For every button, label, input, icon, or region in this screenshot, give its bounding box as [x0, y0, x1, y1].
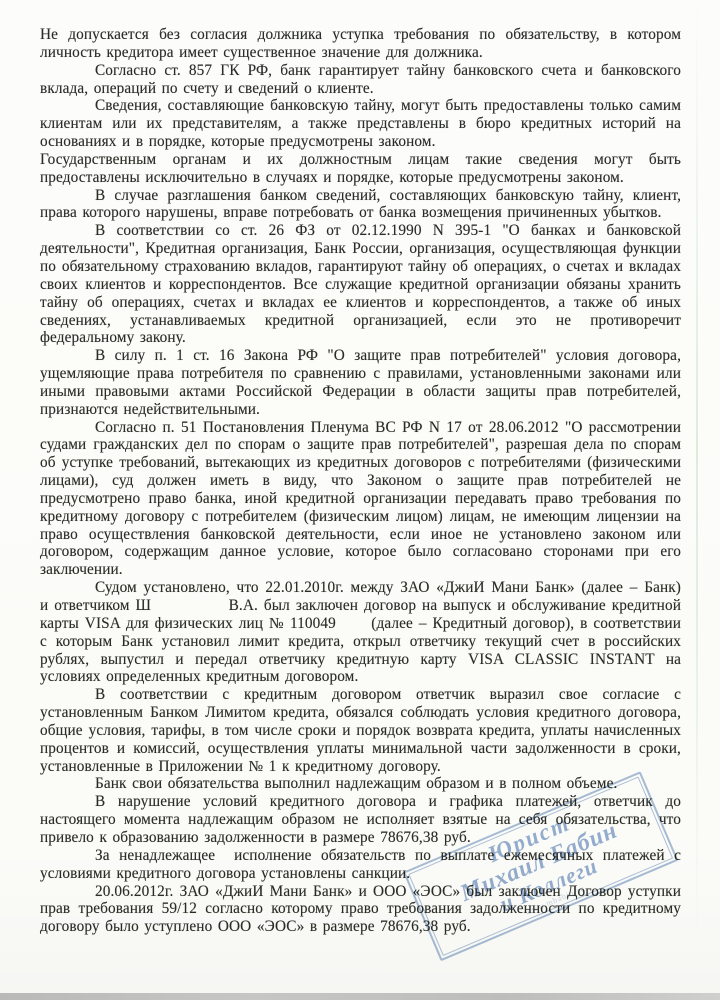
paragraph: В соответствии со ст. 26 ФЗ от 02.12.199…: [40, 222, 681, 347]
paragraph: Не допускается без согласия должника уст…: [40, 26, 681, 62]
scanned-document-page: Не допускается без согласия должника уст…: [0, 0, 720, 1000]
paragraph: В соответствии с кредитным договором отв…: [40, 686, 681, 775]
scan-artifact-bottom-edge: [0, 993, 720, 1000]
paragraph: Банк свои обязательства выполнил надлежа…: [40, 775, 681, 793]
paragraph: Судом установлено, что 22.01.2010г. межд…: [40, 579, 681, 686]
paragraph: В силу п. 1 ст. 16 Закона РФ "О защите п…: [40, 347, 681, 418]
paragraph: Согласно п. 51 Постановления Пленума ВС …: [40, 419, 681, 580]
paragraph: Государственным органам и их должностным…: [40, 151, 681, 187]
paragraph: В случае разглашения банком сведений, со…: [40, 187, 681, 223]
paragraph: Сведения, составляющие банковскую тайну,…: [40, 97, 681, 151]
paragraph: Согласно ст. 857 ГК РФ, банк гарантирует…: [40, 62, 681, 98]
